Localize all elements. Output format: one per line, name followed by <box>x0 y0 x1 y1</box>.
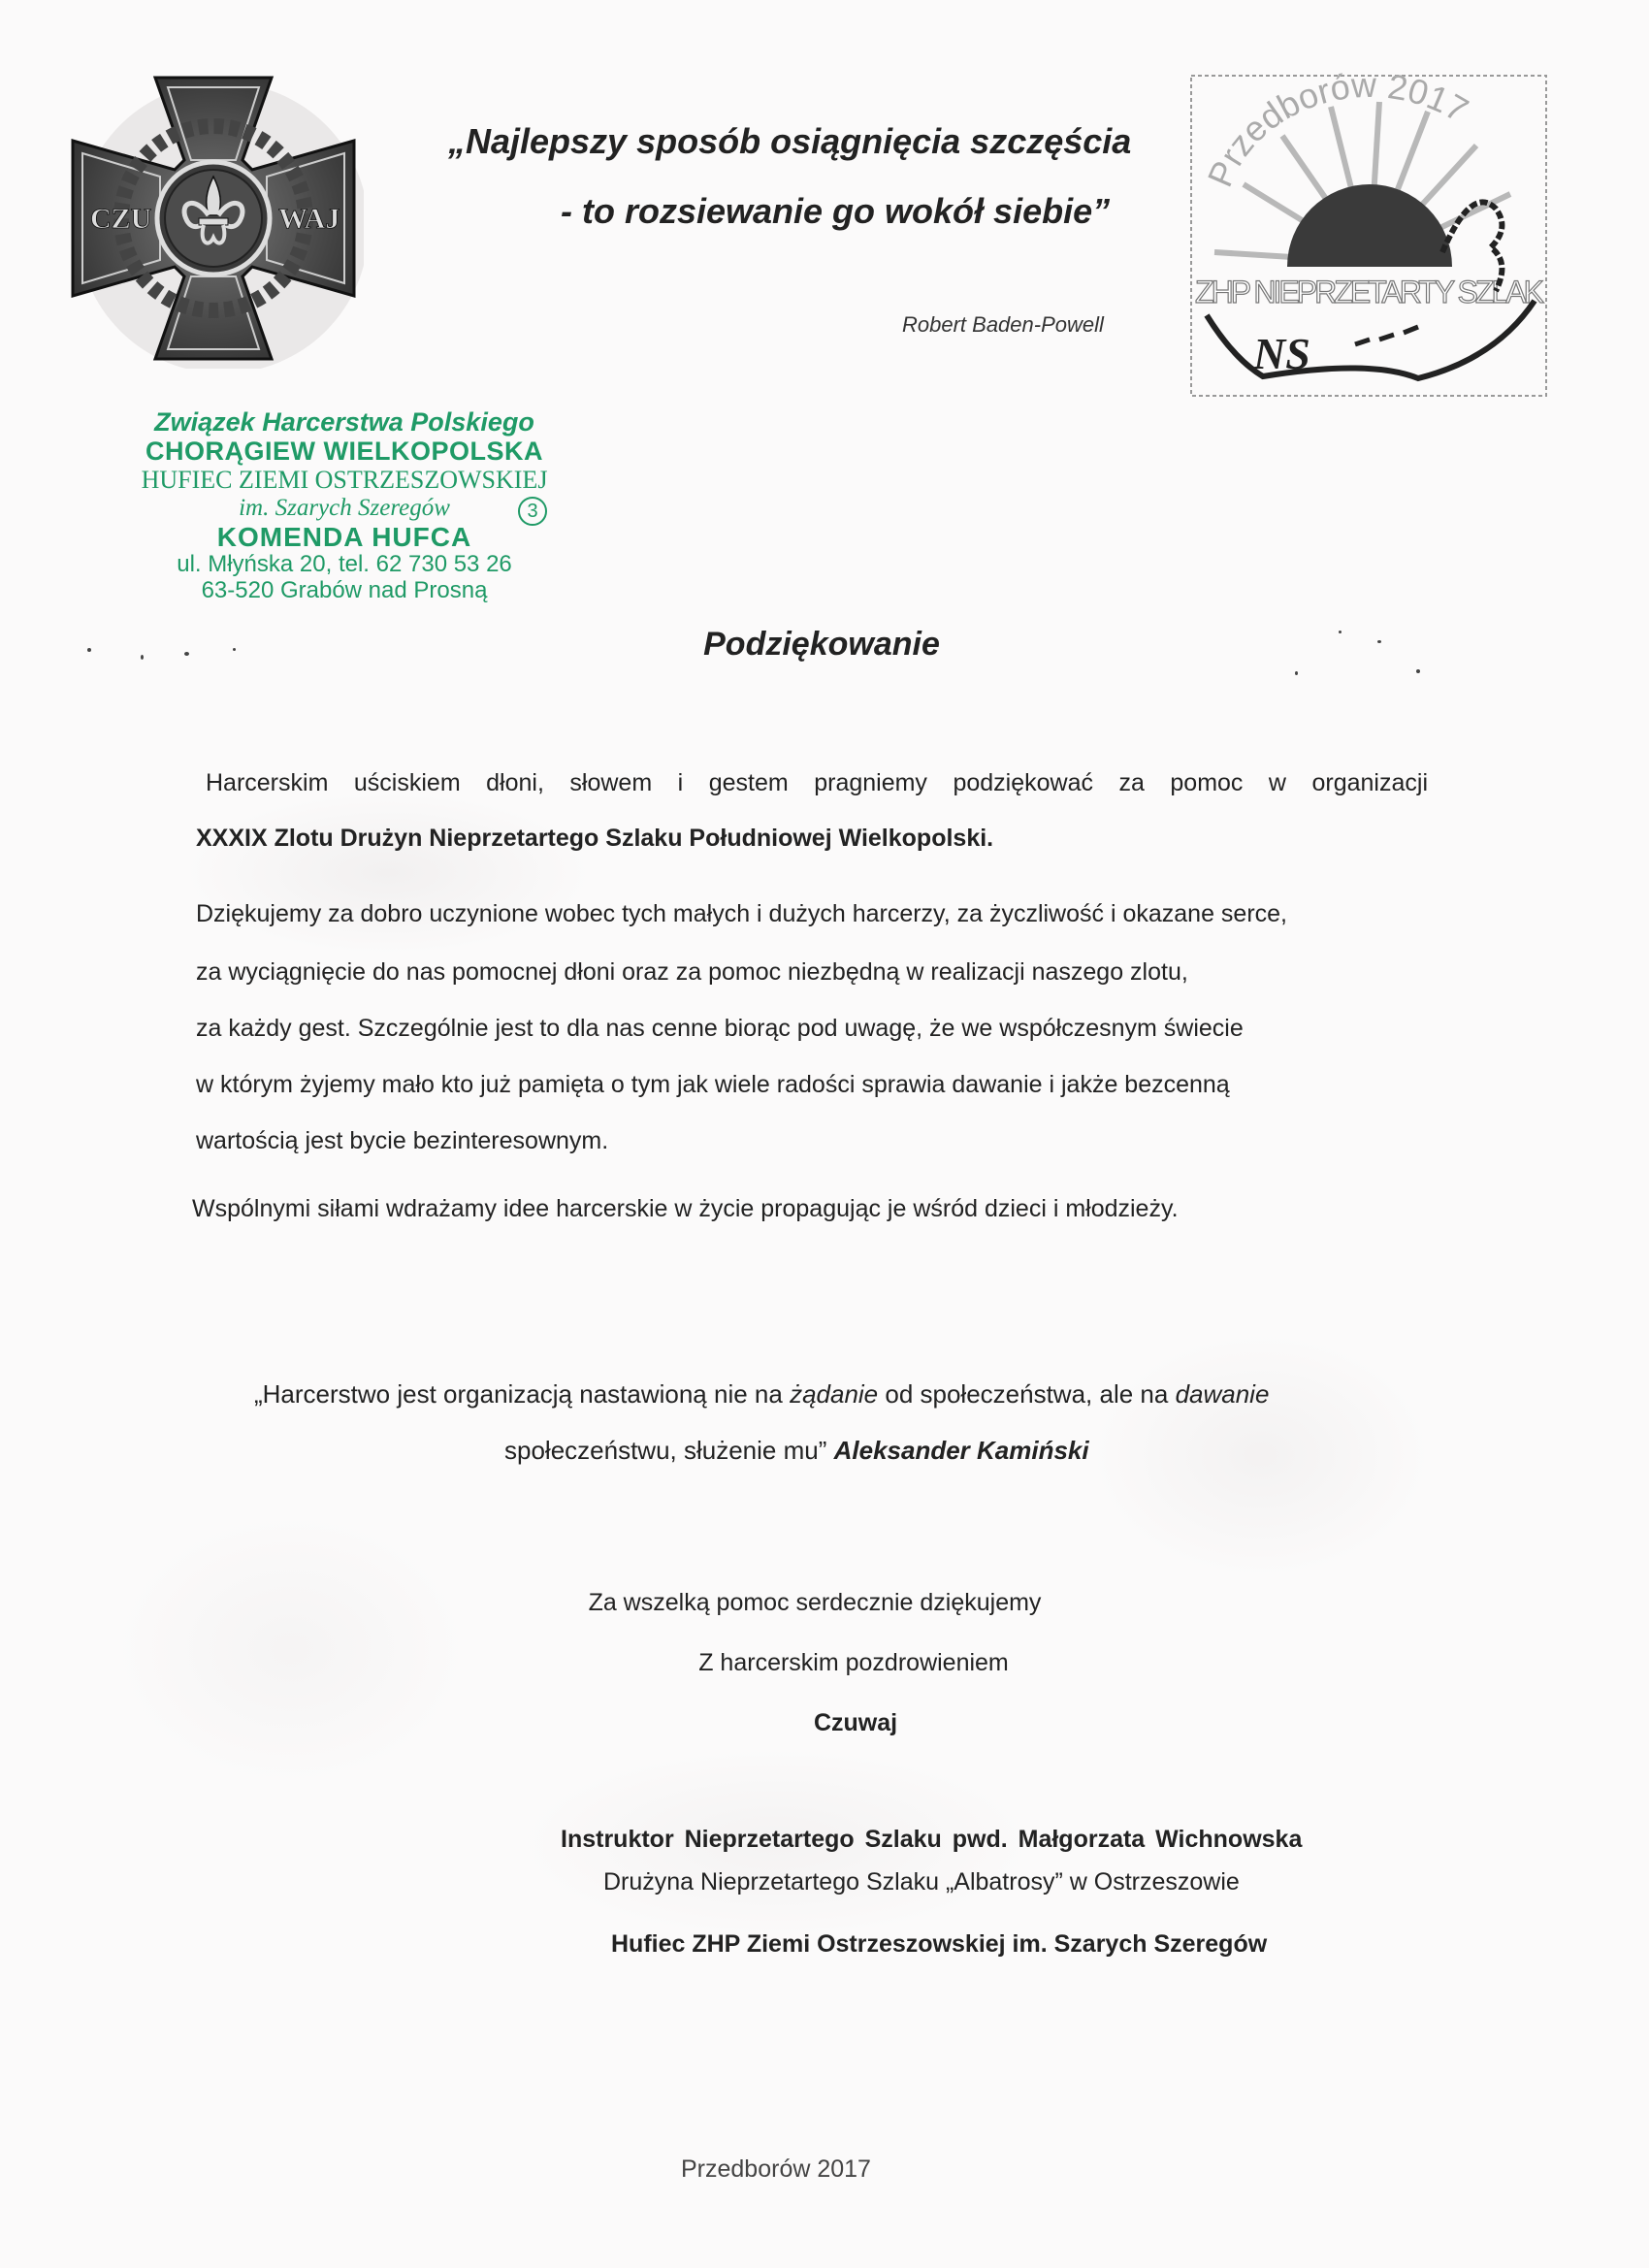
paragraph-2-line-3: za każdy gest. Szczególnie jest to dla n… <box>196 1015 1244 1043</box>
closing-thanks: Za wszelką pomoc serdecznie dziękujemy <box>0 1589 1639 1617</box>
kaminski-quote-line-1: „Harcerstwo jest organizacją nastawioną … <box>254 1379 1269 1409</box>
stamp-line-address: ul. Młyńska 20, tel. 62 730 53 26 <box>136 552 553 578</box>
quote-author: Aleksander Kamiński <box>834 1436 1089 1465</box>
closing-czuwaj: Czuwaj <box>31 1709 1649 1737</box>
motto-author: Robert Baden-Powell <box>902 312 1104 338</box>
stamp-line-postcode: 63-520 Grabów nad Prosną <box>136 578 553 604</box>
motto-line-2: - to rozsiewanie go wokół siebie” <box>561 191 1110 232</box>
motto-line-1: „Najlepszy sposób osiągnięcia szczęścia <box>448 121 1131 162</box>
scan-speck <box>1295 671 1298 675</box>
paragraph-3: Wspólnymi siłami wdrażamy idee harcerski… <box>192 1195 1179 1223</box>
paragraph-2-line-5: wartością jest bycie bezinteresownym. <box>196 1127 608 1155</box>
signature-hufiec: Hufiec ZHP Ziemi Ostrzeszowskiej im. Sza… <box>611 1930 1267 1959</box>
paragraph-2-line-2: za wyciągnięcie do nas pomocnej dłoni or… <box>196 958 1188 987</box>
paragraph-1-line-1: Harcerskim uściskiem dłoni, słowem i ges… <box>206 769 1428 797</box>
organisation-stamp: Związek Harcerstwa Polskiego CHORĄGIEW W… <box>136 407 553 604</box>
svg-text:WAJ: WAJ <box>278 203 339 235</box>
paragraph-1-event-name: XXXIX Zlotu Drużyn Nieprzetartego Szlaku… <box>196 825 993 853</box>
stamp-line-patron: im. Szarych Szeregów3 <box>136 495 553 522</box>
zhp-nieprzetarty-szlak-logo-icon: Przedborów 2017 ZHP NIEPRZETARTY SZLAK N… <box>1185 68 1554 403</box>
closing-greeting: Z harcerskim pozdrowieniem <box>29 1649 1649 1677</box>
stamp-line-choragiew: CHORĄGIEW WIELKOPOLSKA <box>136 437 553 466</box>
paragraph-2-line-1: Dziękujemy za dobro uczynione wobec tych… <box>196 900 1287 928</box>
stamp-line-hufiec: HUFIEC ZIEMI OSTRZESZOWSKIEJ <box>136 466 553 494</box>
signature-instructor: Instruktor Nieprzetartego Szlaku pwd. Ma… <box>561 1826 1302 1854</box>
document-title: Podziękowanie <box>0 626 1649 664</box>
svg-text:NS: NS <box>1252 329 1310 378</box>
scout-cross-badge-icon: CZU WAJ <box>63 68 364 369</box>
kaminski-quote-line-2: społeczeństwu, służenie mu” Aleksander K… <box>504 1436 1089 1466</box>
signature-team: Drużyna Nieprzetartego Szlaku „Albatrosy… <box>603 1868 1240 1896</box>
stamp-line-zhp: Związek Harcerstwa Polskiego <box>136 407 553 437</box>
svg-text:CZU: CZU <box>90 203 151 235</box>
stamp-number-badge: 3 <box>518 497 547 526</box>
paragraph-2-line-4: w którym żyjemy mało kto już pamięta o t… <box>196 1071 1230 1099</box>
footer-place-date: Przedborów 2017 <box>681 2155 871 2184</box>
svg-text:ZHP NIEPRZETARTY SZLAK: ZHP NIEPRZETARTY SZLAK <box>1195 275 1544 309</box>
scan-speck <box>1416 669 1420 673</box>
stamp-line-komenda: KOMENDA HUFCA <box>136 522 553 552</box>
